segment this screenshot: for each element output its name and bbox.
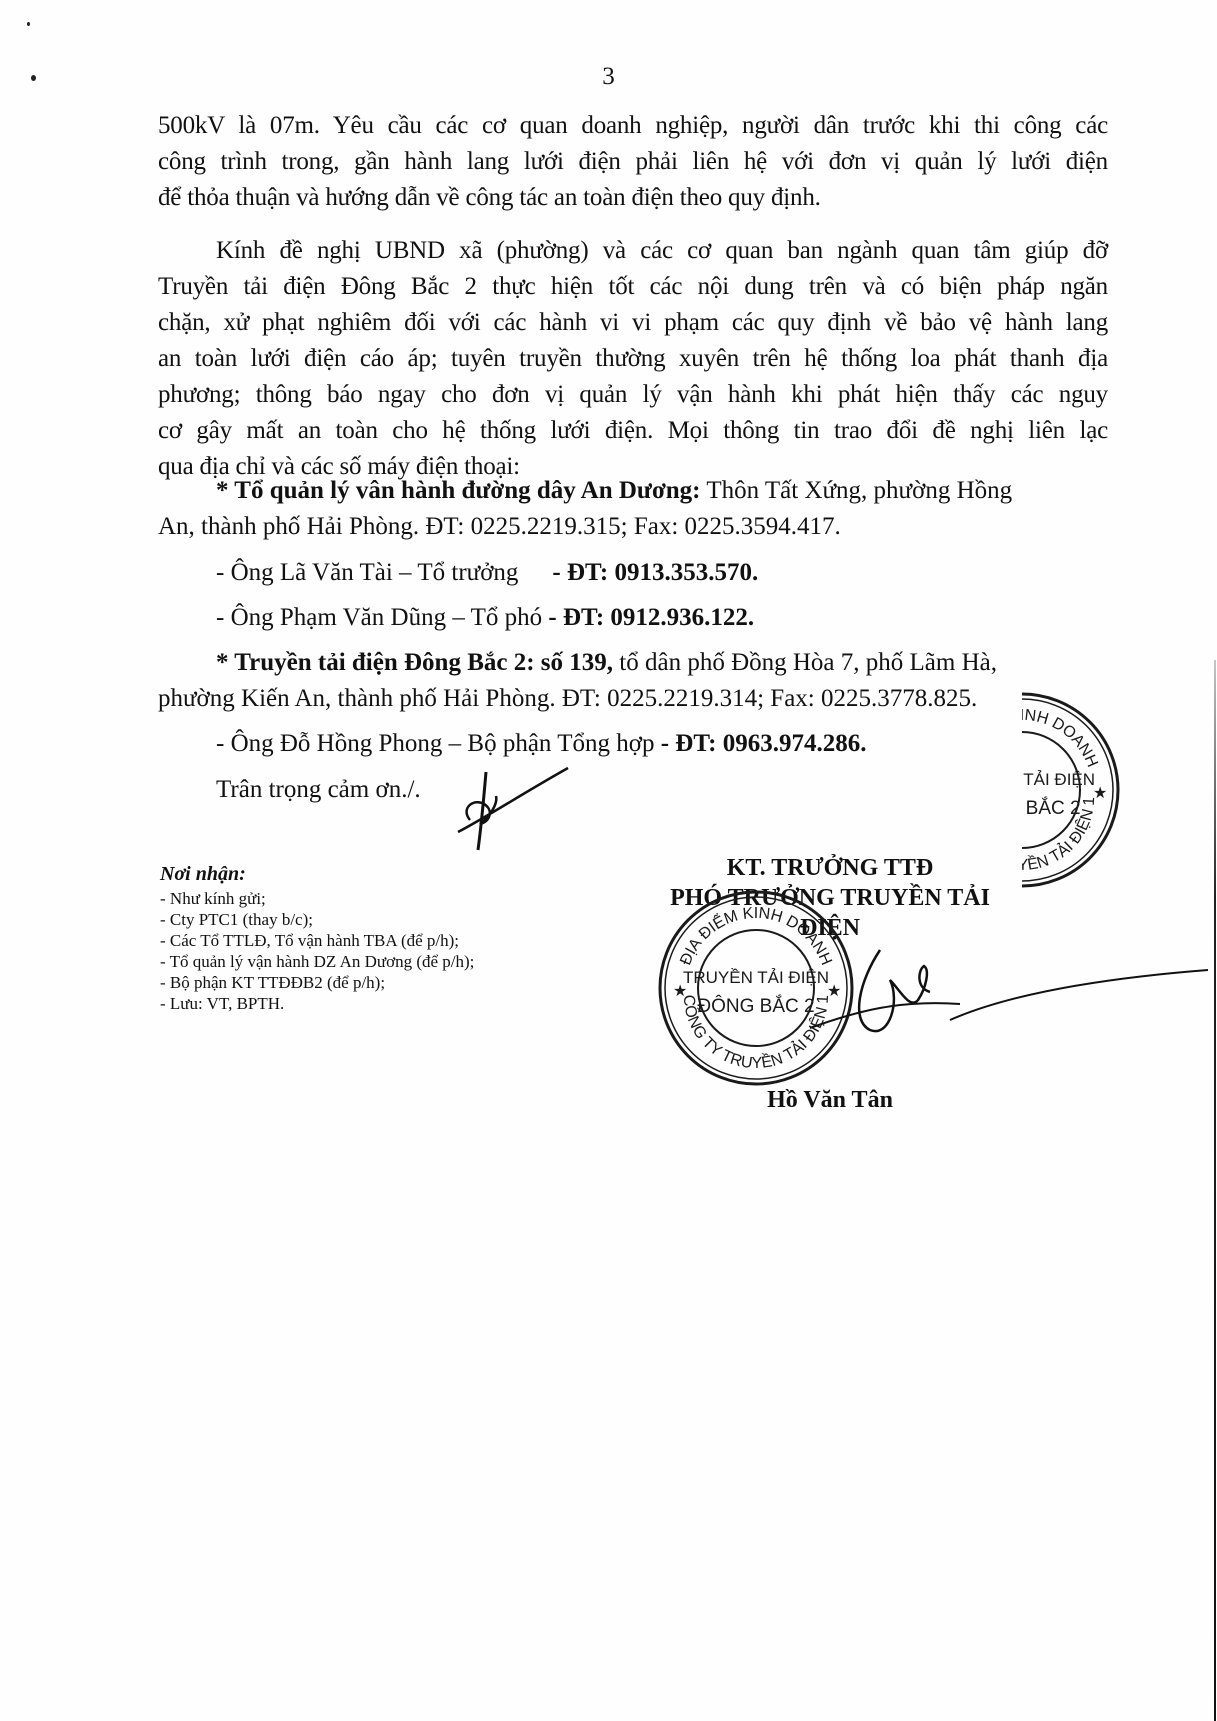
person-team-leader: - Ông Lã Văn Tài – Tổ trưởng- ĐT: 0913.3… <box>216 555 1166 591</box>
page-number: 3 <box>0 62 1217 92</box>
signer-title-line-2: PHÓ TRƯỞNG TRUYỀN TẢI ĐIỆN <box>640 883 1020 943</box>
contact-address: Thôn Tất Xứng, phường Hồng <box>701 477 1013 504</box>
text-line: 500kV là 07m. Yêu cầu các cơ quan doanh … <box>158 108 1108 144</box>
person-name-role: - Ông Lã Văn Tài – Tổ trưởng <box>216 559 518 586</box>
recipient-item: - Tổ quản lý vận hành DZ An Dương (để p/… <box>160 951 474 972</box>
person-name-role: - Ông Đỗ Hồng Phong – Bộ phận Tổng hợp <box>216 730 654 757</box>
document-page: 3 500kV là 07m. Yêu cầu các cơ quan doan… <box>0 0 1217 1721</box>
svg-text:TRUYỀN TẢI ĐIỆN: TRUYỀN TẢI ĐIỆN <box>683 968 829 987</box>
contact-label: * Tổ quản lý vân hành đường dây An Dương… <box>216 477 701 504</box>
contact-label: * Truyền tải điện Đông Bắc 2: số 139, <box>216 649 613 676</box>
signer-name: Hồ Văn Tân <box>640 1085 1020 1115</box>
person-name-role: - Ông Phạm Văn Dũng – Tổ phó <box>216 604 542 631</box>
recipient-item: - Lưu: VT, BPTH. <box>160 993 474 1014</box>
text-line: phương; thông báo ngay cho đơn vị quản l… <box>158 377 1108 413</box>
contact-address: tổ dân phố Đồng Hòa 7, phố Lãm Hà, <box>613 649 997 676</box>
recipient-item: - Cty PTC1 (thay b/c); <box>160 909 474 930</box>
person-deputy-leader: - Ông Phạm Văn Dũng – Tổ phó - ĐT: 0912.… <box>216 600 1166 636</box>
svg-text:★: ★ <box>673 983 687 1000</box>
person-phone: - ĐT: 0913.353.570. <box>552 559 758 586</box>
paragraph-clearance-requirements: 500kV là 07m. Yêu cầu các cơ quan doanh … <box>158 108 1108 216</box>
scan-speck <box>27 22 30 26</box>
recipient-item: - Bộ phận KT TTĐĐB2 (để p/h); <box>160 972 474 993</box>
contact-dong-bac-2-heading: * Truyền tải điện Đông Bắc 2: số 139, tổ… <box>216 645 1166 681</box>
svg-text:★: ★ <box>827 983 841 1000</box>
text-line: cơ gây mất an toàn cho hệ thống lưới điệ… <box>158 413 1108 449</box>
recipient-item: - Các Tổ TTLĐ, Tổ vận hành TBA (để p/h); <box>160 930 474 951</box>
signature-icon <box>800 940 1210 1050</box>
recipients-heading: Nơi nhận: <box>160 862 474 886</box>
signer-title: KT. TRƯỞNG TTĐ PHÓ TRƯỞNG TRUYỀN TẢI ĐIỆ… <box>640 853 1020 943</box>
text-line: để thỏa thuận và hướng dẫn về công tác a… <box>158 180 1108 216</box>
text-line: Truyền tải điện Đông Bắc 2 thực hiện tốt… <box>158 269 1108 305</box>
signer-title-line-1: KT. TRƯỞNG TTĐ <box>640 853 1020 883</box>
text-line: an toàn lưới điện cáo áp; tuyên truyền t… <box>158 341 1108 377</box>
text-line: công trình trong, gần hành lang lưới điệ… <box>158 144 1108 180</box>
recipient-item: - Như kính gửi; <box>160 888 474 909</box>
contact-an-duong-address: An, thành phố Hải Phòng. ĐT: 0225.2219.3… <box>158 509 1108 545</box>
paragraph-request: Kính đề nghị UBND xã (phường) và các cơ … <box>158 233 1108 485</box>
svg-text:ĐÔNG BẮC 2: ĐÔNG BẮC 2 <box>697 995 814 1017</box>
svg-text:CÔNG TY TRUYỀN TẢI ĐIỆN 1: CÔNG TY TRUYỀN TẢI ĐIỆN 1 <box>680 994 832 1072</box>
person-phone: - ĐT: 0912.936.122. <box>548 604 754 631</box>
person-phone: - ĐT: 0963.974.286. <box>661 730 867 757</box>
text-line: Kính đề nghị UBND xã (phường) và các cơ … <box>158 233 1108 269</box>
contact-dong-bac-2-address: phường Kiến An, thành phố Hải Phòng. ĐT:… <box>158 681 1108 717</box>
closing-line: Trân trọng cảm ơn./. <box>216 772 1166 808</box>
text-line: chặn, xử phạt nghiêm đối với các hành vi… <box>158 305 1108 341</box>
person-general-department: - Ông Đỗ Hồng Phong – Bộ phận Tổng hợp -… <box>216 726 1166 762</box>
recipients-list: Nơi nhận: - Như kính gửi; - Cty PTC1 (th… <box>160 862 474 1014</box>
contact-an-duong-heading: * Tổ quản lý vân hành đường dây An Dương… <box>216 473 1166 509</box>
scan-edge-line <box>1214 660 1216 1721</box>
